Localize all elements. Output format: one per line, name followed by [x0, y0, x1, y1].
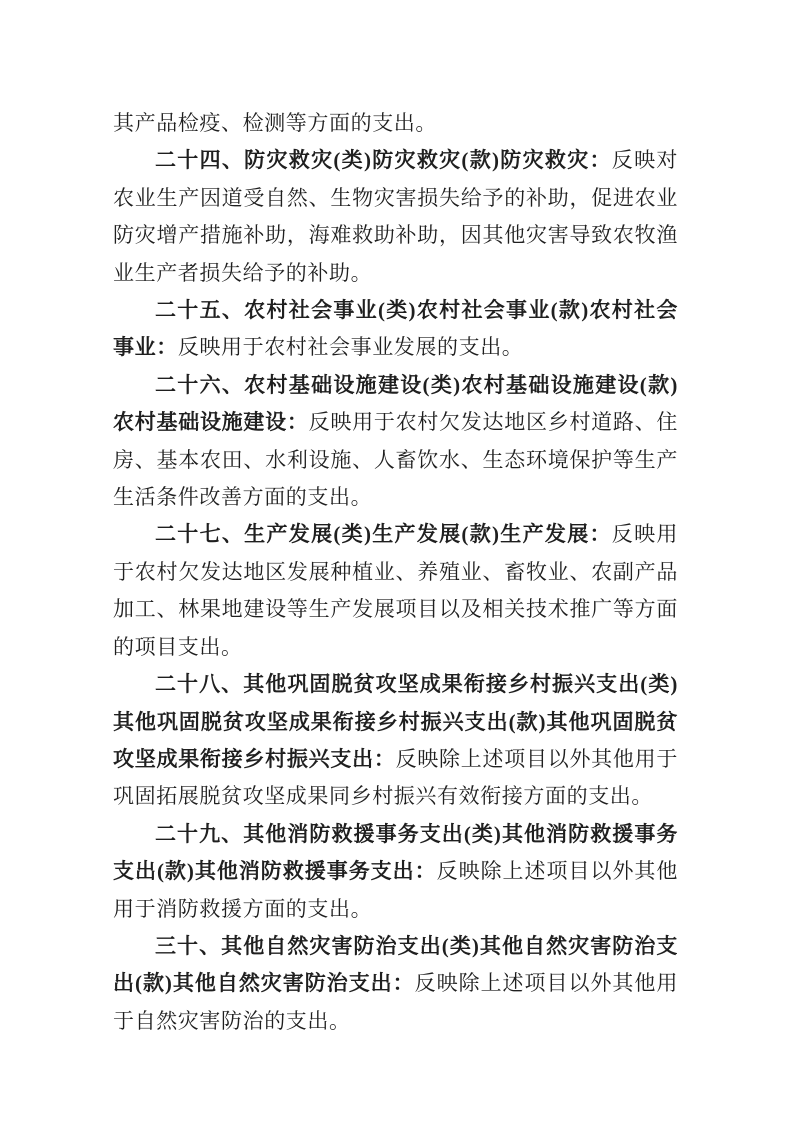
section-body: 其产品检疫、检测等方面的支出。	[113, 111, 437, 135]
paragraph-27: 二十七、生产发展(类)生产发展(款)生产发展：反映用于农村欠发达地区发展种植业、…	[113, 516, 678, 666]
paragraph-24: 二十四、防灾救灾(类)防灾救灾(款)防灾救灾：反映对农业生产因道受自然、生物灾害…	[113, 142, 678, 292]
paragraph-continuation: 其产品检疫、检测等方面的支出。	[113, 105, 678, 142]
paragraph-25: 二十五、农村社会事业(类)农村社会事业(款)农村社会事业：反映用于农村社会事业发…	[113, 292, 678, 367]
paragraph-28: 二十八、其他巩固脱贫攻坚成果衔接乡村振兴支出(类)其他巩固脱贫攻坚成果衔接乡村振…	[113, 666, 678, 816]
document-page: 其产品检疫、检测等方面的支出。 二十四、防灾救灾(类)防灾救灾(款)防灾救灾：反…	[0, 0, 793, 1122]
section-heading: 二十四、防灾救灾(类)防灾救灾(款)防灾救灾：	[155, 148, 612, 172]
paragraph-29: 二十九、其他消防救援事务支出(类)其他消防救援事务支出(款)其他消防救援事务支出…	[113, 816, 678, 928]
text-content: 其产品检疫、检测等方面的支出。 二十四、防灾救灾(类)防灾救灾(款)防灾救灾：反…	[113, 105, 678, 1040]
section-heading: 二十七、生产发展(类)生产发展(款)生产发展：	[155, 522, 612, 546]
section-body: 反映用于农村社会事业发展的支出。	[178, 335, 524, 359]
paragraph-30: 三十、其他自然灾害防治支出(类)其他自然灾害防治支出(款)其他自然灾害防治支出：…	[113, 928, 678, 1040]
paragraph-26: 二十六、农村基础设施建设(类)农村基础设施建设(款)农村基础设施建设：反映用于农…	[113, 367, 678, 517]
